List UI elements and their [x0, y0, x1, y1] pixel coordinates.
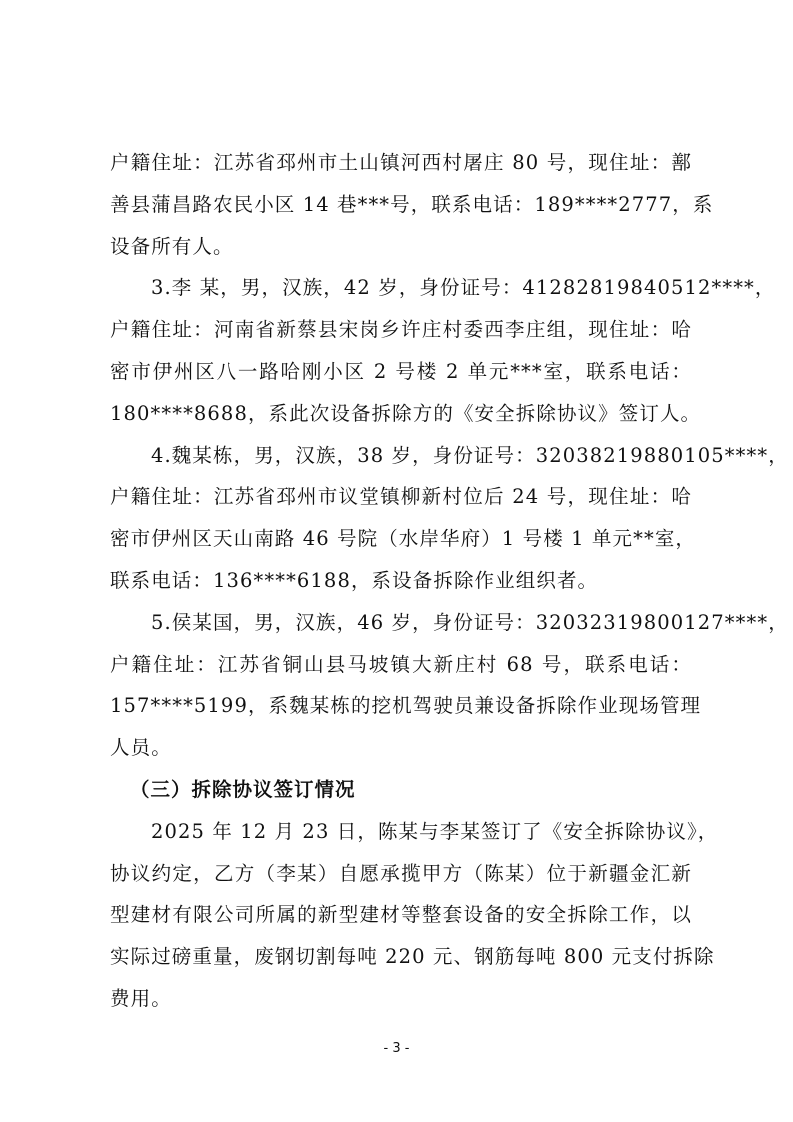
section-heading: （三）拆除协议签订情况 — [110, 769, 692, 811]
text-line: 2025 年 12 月 23 日，陈某与李某签订了《安全拆除协议》， — [110, 811, 692, 853]
paragraph-person-4: 4.魏某栋，男，汉族，38 岁，身份证号：32038219880105****，… — [110, 435, 692, 602]
text-line: 户籍住址：江苏省铜山县马坡镇大新庄村 68 号，联系电话： — [110, 644, 692, 686]
text-line: 实际过磅重量，废钢切割每吨 220 元、钢筋每吨 800 元支付拆除 — [110, 936, 692, 978]
text-line: 密市伊州区八一路哈刚小区 2 号楼 2 单元***室，联系电话： — [110, 351, 692, 393]
paragraph-agreement: 2025 年 12 月 23 日，陈某与李某签订了《安全拆除协议》， 协议约定，… — [110, 811, 692, 1020]
text-line: 157****5199，系魏某栋的挖机驾驶员兼设备拆除作业现场管理 — [110, 685, 692, 727]
text-line: 户籍住址：江苏省邳州市议堂镇柳新村位后 24 号，现住址：哈 — [110, 476, 692, 518]
text-line: 5.侯某国，男，汉族，46 岁，身份证号：32032319800127****， — [110, 602, 692, 644]
text-line: 联系电话：136****6188，系设备拆除作业组织者。 — [110, 560, 692, 602]
text-line: 4.魏某栋，男，汉族，38 岁，身份证号：32038219880105****， — [110, 435, 692, 477]
paragraph-person-3: 3.李 某，男，汉族，42 岁，身份证号：41282819840512****，… — [110, 267, 692, 434]
text-line: 户籍住址：河南省新蔡县宋岗乡许庄村委西李庄组，现住址：哈 — [110, 309, 692, 351]
text-line: 协议约定，乙方（李某）自愿承揽甲方（陈某）位于新疆金汇新 — [110, 853, 692, 895]
text-line: 密市伊州区天山南路 46 号院（水岸华府）1 号楼 1 单元**室， — [110, 518, 692, 560]
paragraph-owner-address: 户籍住址：江苏省邳州市土山镇河西村屠庄 80 号，现住址：鄯 善县蒲昌路农民小区… — [110, 142, 692, 267]
text-line: 费用。 — [110, 978, 692, 1020]
text-line: 设备所有人。 — [110, 226, 692, 268]
text-line: 180****8688，系此次设备拆除方的《安全拆除协议》签订人。 — [110, 393, 692, 435]
page-number: - 3 - — [0, 1041, 793, 1056]
paragraph-person-5: 5.侯某国，男，汉族，46 岁，身份证号：32032319800127****，… — [110, 602, 692, 769]
text-line: 户籍住址：江苏省邳州市土山镇河西村屠庄 80 号，现住址：鄯 — [110, 142, 692, 184]
text-line: 人员。 — [110, 727, 692, 769]
text-line: 善县蒲昌路农民小区 14 巷***号，联系电话：189****2777，系 — [110, 184, 692, 226]
text-line: 型建材有限公司所属的新型建材等整套设备的安全拆除工作，以 — [110, 894, 692, 936]
text-line: 3.李 某，男，汉族，42 岁，身份证号：41282819840512****， — [110, 267, 692, 309]
document-page: 户籍住址：江苏省邳州市土山镇河西村屠庄 80 号，现住址：鄯 善县蒲昌路农民小区… — [110, 142, 692, 1020]
